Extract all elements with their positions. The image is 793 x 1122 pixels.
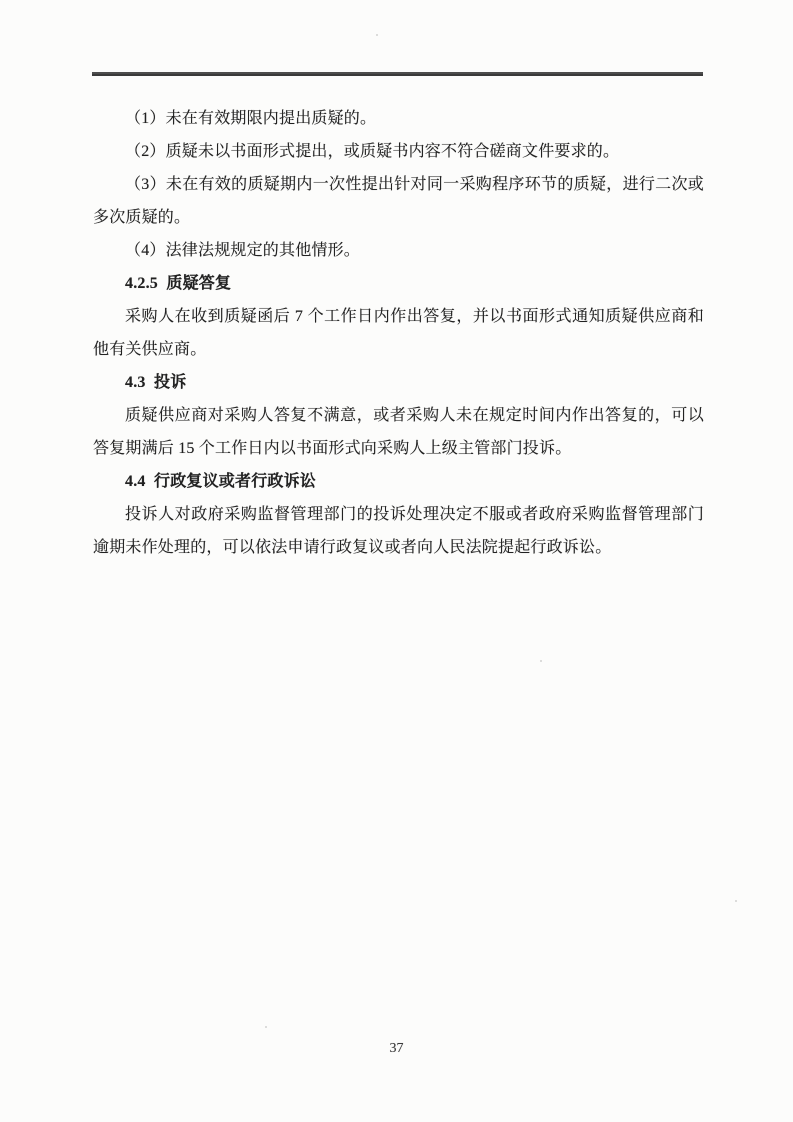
scan-speck <box>265 1026 267 1028</box>
paragraph: 质疑供应商对采购人答复不满意，或者采购人未在规定时间内作出答复的，可以在答复期满… <box>93 399 704 465</box>
scan-speck <box>376 34 378 36</box>
text-line: 逾期未作处理的，可以依法申请行政复议或者向人民法院提起行政诉讼。 <box>93 531 704 564</box>
text-line: 答复期满后 15 个工作日内以书面形式向采购人上级主管部门投诉。 <box>93 432 704 465</box>
document-body: （1）未在有效期限内提出质疑的。（2）质疑未以书面形式提出，或质疑书内容不符合磋… <box>93 102 704 564</box>
header-rule <box>92 72 703 76</box>
text-line: 4.2.5 质疑答复 <box>93 267 704 300</box>
text-line: 4.4 行政复议或者行政诉讼 <box>93 465 704 498</box>
scan-speck <box>549 176 551 178</box>
text-line: （1）未在有效期限内提出质疑的。 <box>93 102 704 135</box>
page-footer: 37 <box>0 1039 793 1057</box>
paragraph: 投诉人对政府采购监督管理部门的投诉处理决定不服或者政府采购监督管理部门逾期未作处… <box>93 498 704 564</box>
paragraph: （1）未在有效期限内提出质疑的。 <box>93 102 704 135</box>
paragraph: 采购人在收到质疑函后 7 个工作日内作出答复，并以书面形式通知质疑供应商和其他有… <box>93 300 704 366</box>
scan-speck <box>735 900 737 902</box>
text-line: 4.3 投诉 <box>93 366 704 399</box>
text-line: （2）质疑未以书面形式提出，或质疑书内容不符合磋商文件要求的。 <box>93 135 704 168</box>
text-line: 采购人在收到质疑函后 7 个工作日内作出答复，并以书面形式通知质疑供应商和其 <box>93 300 704 333</box>
scan-speck <box>540 660 542 662</box>
section-heading: 4.3 投诉 <box>93 366 704 399</box>
section-heading: 4.2.5 质疑答复 <box>93 267 704 300</box>
paragraph: （3）未在有效的质疑期内一次性提出针对同一采购程序环节的质疑，进行二次或多次质疑… <box>93 168 704 234</box>
section-heading: 4.4 行政复议或者行政诉讼 <box>93 465 704 498</box>
document-page: （1）未在有效期限内提出质疑的。（2）质疑未以书面形式提出，或质疑书内容不符合磋… <box>0 0 793 1122</box>
text-line: （3）未在有效的质疑期内一次性提出针对同一采购程序环节的质疑，进行二次或 <box>93 168 704 201</box>
text-line: 多次质疑的。 <box>93 201 704 234</box>
scan-speck <box>621 309 623 311</box>
text-line: 质疑供应商对采购人答复不满意，或者采购人未在规定时间内作出答复的，可以在 <box>93 399 704 432</box>
text-line: 投诉人对政府采购监督管理部门的投诉处理决定不服或者政府采购监督管理部门 <box>93 498 704 531</box>
paragraph: （4）法律法规规定的其他情形。 <box>93 234 704 267</box>
paragraph: （2）质疑未以书面形式提出，或质疑书内容不符合磋商文件要求的。 <box>93 135 704 168</box>
text-line: 他有关供应商。 <box>93 333 704 366</box>
page-number: 37 <box>390 1041 404 1056</box>
text-line: （4）法律法规规定的其他情形。 <box>93 234 704 267</box>
